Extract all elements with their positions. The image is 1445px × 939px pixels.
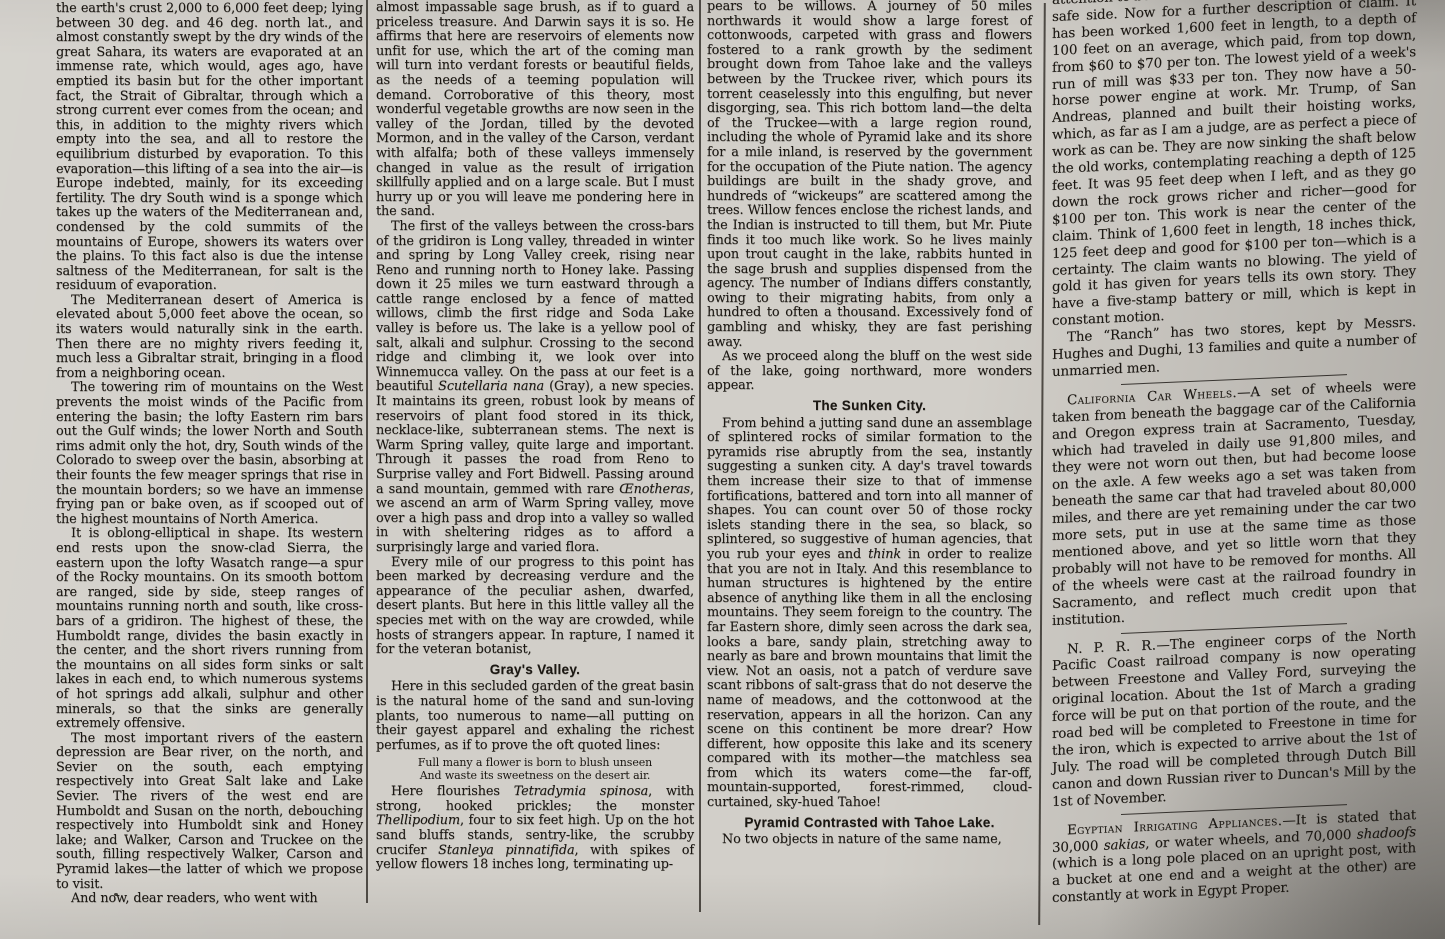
column-rule-1 — [366, 0, 368, 903]
ink-speck — [114, 893, 118, 896]
section-heading: The Sunken City. — [707, 399, 1032, 414]
column-rule-3 — [1038, 3, 1046, 925]
column-rule-2 — [699, 0, 701, 912]
paragraph: The most important rivers of the eastern… — [56, 732, 363, 893]
newspaper-page: the earth's crust 2,000 to 6,000 feet de… — [0, 0, 1445, 939]
paragraph: The Mediterranean desert of America is e… — [56, 294, 363, 382]
paragraph: From behind a jutting sand dune an assem… — [707, 417, 1032, 811]
paragraph: It is oblong-elliptical in shape. Its we… — [56, 527, 363, 731]
section-heading: Pyramid Contrasted with Tahoe Lake. — [707, 816, 1032, 831]
column-2: almost impassable sage brush, as if to g… — [376, 1, 694, 873]
paragraph: N. P. R. R.—The engineer corps of the No… — [1052, 627, 1416, 812]
paragraph: The towering rim of mountains on the Wes… — [56, 381, 363, 527]
column-1: the earth's crust 2,000 to 6,000 feet de… — [56, 2, 363, 907]
paragraph: Here flourishes Tetradymia spinosa, with… — [376, 785, 694, 873]
verse-line: Full many a flower is born to blush unse… — [376, 756, 694, 769]
small-caps-lead: Egyptian Irrigating Appliances. — [1067, 814, 1282, 838]
paragraph: California Car Wheels.—A set of wheels w… — [1052, 378, 1416, 631]
paragraph: No two objects in nature of the same nam… — [707, 833, 1032, 848]
paragraph: Every mile of our progress to this point… — [376, 556, 694, 658]
paragraph: pears to be willows. A journey of 50 mil… — [707, 0, 1032, 350]
paragraph: The first of the valleys between the cro… — [376, 220, 694, 556]
small-caps-lead: California Car Wheels. — [1067, 386, 1237, 408]
paragraph: As we proceed along the bluff on the wes… — [707, 350, 1032, 394]
paragraph: Here in this secluded garden of the grea… — [376, 680, 694, 753]
section-heading: Gray's Valley. — [376, 663, 694, 678]
verse: Full many a flower is born to blush unse… — [376, 756, 694, 782]
small-caps-lead: N. P. R. R. — [1067, 638, 1156, 657]
column-4: attention to businesssafe side. Now for … — [1052, 0, 1416, 908]
paragraph: safe side. Now for a further description… — [1052, 0, 1416, 331]
paragraph: almost impassable sage brush, as if to g… — [376, 1, 694, 220]
verse-line: And waste its sweetness on the desert ai… — [376, 769, 694, 782]
paragraph: the earth's crust 2,000 to 6,000 feet de… — [56, 2, 363, 294]
paragraph: And now, dear readers, who went with — [56, 892, 363, 907]
column-3: pears to be willows. A journey of 50 mil… — [707, 0, 1032, 848]
paragraph: Egyptian Irrigating Appliances.—It is st… — [1052, 808, 1416, 908]
